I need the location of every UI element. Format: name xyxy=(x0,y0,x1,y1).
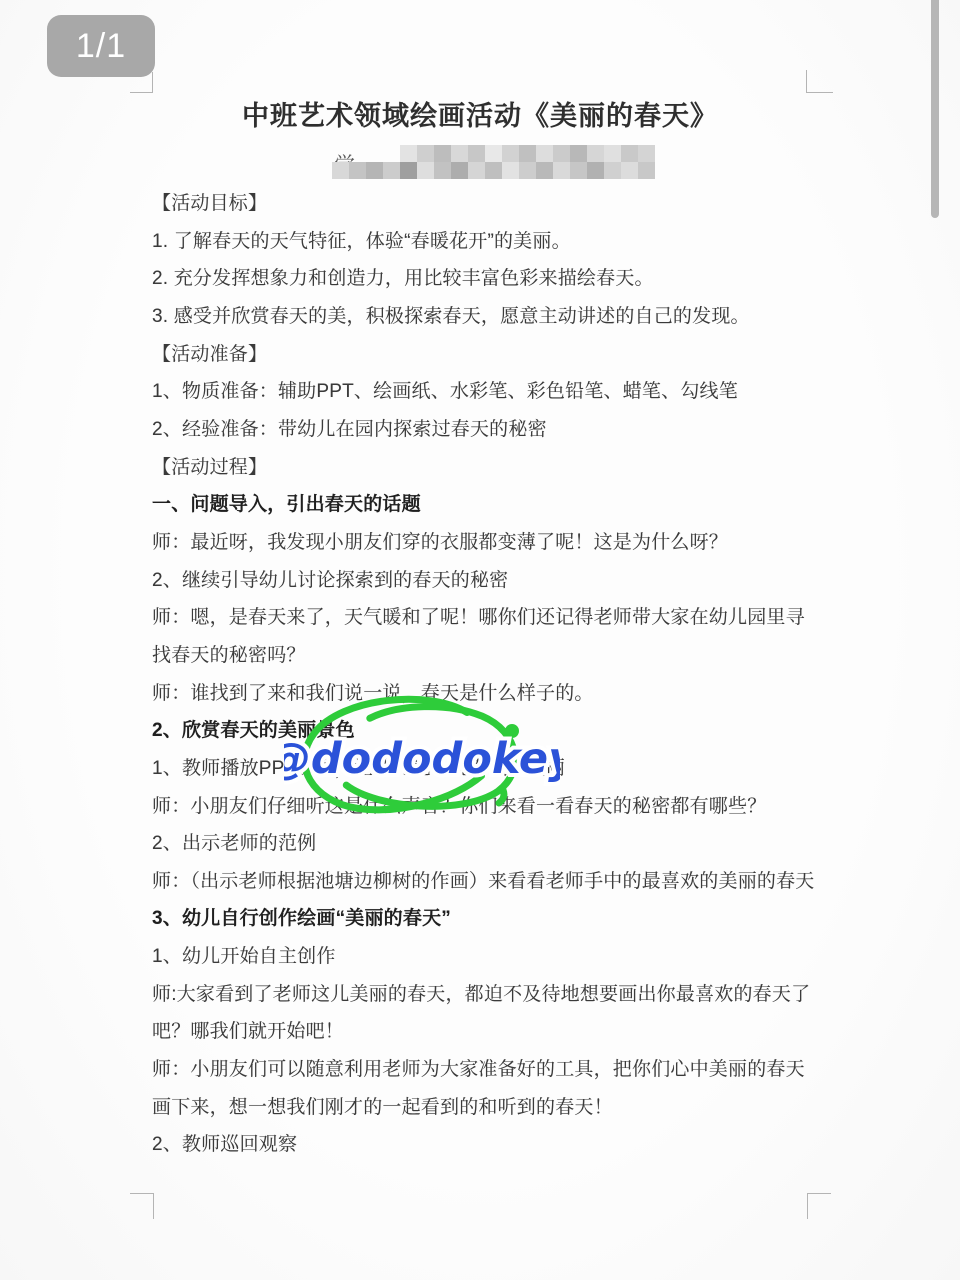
mosaic-block xyxy=(604,145,621,162)
document-line: 一、问题导入，引出春天的话题 xyxy=(152,486,892,524)
page-corner-mark-top-right xyxy=(806,70,833,93)
document-line: 1、幼儿开始自主创作 xyxy=(152,938,892,976)
document-line: 师：小朋友们可以随意利用老师为大家准备好的工具，把你们心中美丽的春天 xyxy=(152,1051,892,1089)
mosaic-block xyxy=(604,162,621,179)
document-line: 【活动过程】 xyxy=(152,449,892,487)
mosaic-block xyxy=(638,145,655,162)
page-corner-mark-bottom-left xyxy=(130,1193,154,1219)
document-line: 师：小朋友们仔细听这是什么声音？你们来看一看春天的秘密都有哪些？ xyxy=(152,788,892,826)
mosaic-block xyxy=(434,145,451,162)
document-line: 2、继续引导幼儿讨论探索到的春天的秘密 xyxy=(152,562,892,600)
mosaic-block xyxy=(468,145,485,162)
mosaic-block xyxy=(519,162,536,179)
document-line: 2. 充分发挥想象力和创造力，用比较丰富色彩来描绘春天。 xyxy=(152,260,892,298)
mosaic-block xyxy=(519,145,536,162)
mosaic-block xyxy=(434,162,451,179)
document-line: 师：（出示老师根据池塘边柳树的作画）来看看老师手中的最喜欢的美丽的春天 xyxy=(152,863,892,901)
document-line: 找春天的秘密吗？ xyxy=(152,637,892,675)
mosaic-block xyxy=(553,162,570,179)
document-line: 2、出示老师的范例 xyxy=(152,825,892,863)
mosaic-block xyxy=(621,162,638,179)
document-line: 3. 感受并欣赏春天的美，积极探索春天，愿意主动讲述的自己的发现。 xyxy=(152,298,892,336)
author-line: 学 xyxy=(332,145,662,181)
document-line: 师:大家看到了老师这儿美丽的春天，都迫不及待地想要画出你最喜欢的春天了 xyxy=(152,976,892,1014)
mosaic-block xyxy=(417,145,434,162)
mosaic-block xyxy=(366,162,383,179)
mosaic-block xyxy=(451,162,468,179)
document-line: 1. 了解春天的天气特征，体验“春暖花开”的美丽。 xyxy=(152,223,892,261)
document-line: 师：最近呀，我发现小朋友们穿的衣服都变薄了呢！这是为什么呀？ xyxy=(152,524,892,562)
mosaic-block xyxy=(587,162,604,179)
mosaic-block xyxy=(570,162,587,179)
page-indicator-label: 1/1 xyxy=(76,27,126,66)
document-line: 画下来，想一想我们刚才的一起看到的和听到的春天！ xyxy=(152,1089,892,1127)
mosaic-block xyxy=(638,162,655,179)
mosaic-block xyxy=(502,145,519,162)
mosaic-block xyxy=(502,162,519,179)
censored-author-mosaic xyxy=(332,145,662,181)
mosaic-block xyxy=(570,145,587,162)
document-line: 1、物质准备：辅助PPT、绘画纸、水彩笔、彩色铅笔、蜡笔、勾线笔 xyxy=(152,373,892,411)
mosaic-block xyxy=(553,145,570,162)
document-body: 【活动目标】1. 了解春天的天气特征，体验“春暖花开”的美丽。2. 充分发挥想象… xyxy=(152,185,892,1164)
document-line: 2、欣赏春天的美丽景色 xyxy=(152,712,892,750)
mosaic-block xyxy=(400,145,417,162)
document-viewer: 1/1 中班艺术领域绘画活动《美丽的春天》 学 【活动目标】1. 了解春天的天气… xyxy=(0,0,960,1280)
mosaic-block xyxy=(332,162,349,179)
page-corner-mark-top-left xyxy=(130,72,153,93)
mosaic-block xyxy=(451,145,468,162)
mosaic-block xyxy=(587,145,604,162)
mosaic-block xyxy=(417,162,434,179)
document-line: 2、经验准备：带幼儿在园内探索过春天的秘密 xyxy=(152,411,892,449)
mosaic-block xyxy=(383,162,400,179)
mosaic-block xyxy=(400,162,417,179)
page-corner-mark-bottom-right xyxy=(807,1193,831,1219)
document-line: 【活动目标】 xyxy=(152,185,892,223)
mosaic-block xyxy=(468,162,485,179)
document-line: 【活动准备】 xyxy=(152,336,892,374)
document-line: 吧？哪我们就开始吧！ xyxy=(152,1013,892,1051)
mosaic-block xyxy=(349,162,366,179)
document-title: 中班艺术领域绘画活动《美丽的春天》 xyxy=(0,94,960,133)
mosaic-block xyxy=(536,145,553,162)
document-line: 师：嗯，是春天来了，天气暖和了呢！哪你们还记得老师带大家在幼儿园里寻 xyxy=(152,599,892,637)
document-line: 师：谁找到了来和我们说一说，春天是什么样子的。 xyxy=(152,675,892,713)
document-line: 2、教师巡回观察 xyxy=(152,1126,892,1164)
document-line: 1、教师播放PPT课件，让幼儿说一说春天的美丽 xyxy=(152,750,892,788)
mosaic-block xyxy=(485,162,502,179)
mosaic-block xyxy=(536,162,553,179)
mosaic-block xyxy=(621,145,638,162)
document-line: 3、幼儿自行创作绘画“美丽的春天” xyxy=(152,900,892,938)
page-indicator-badge: 1/1 xyxy=(47,15,155,77)
mosaic-block xyxy=(485,145,502,162)
